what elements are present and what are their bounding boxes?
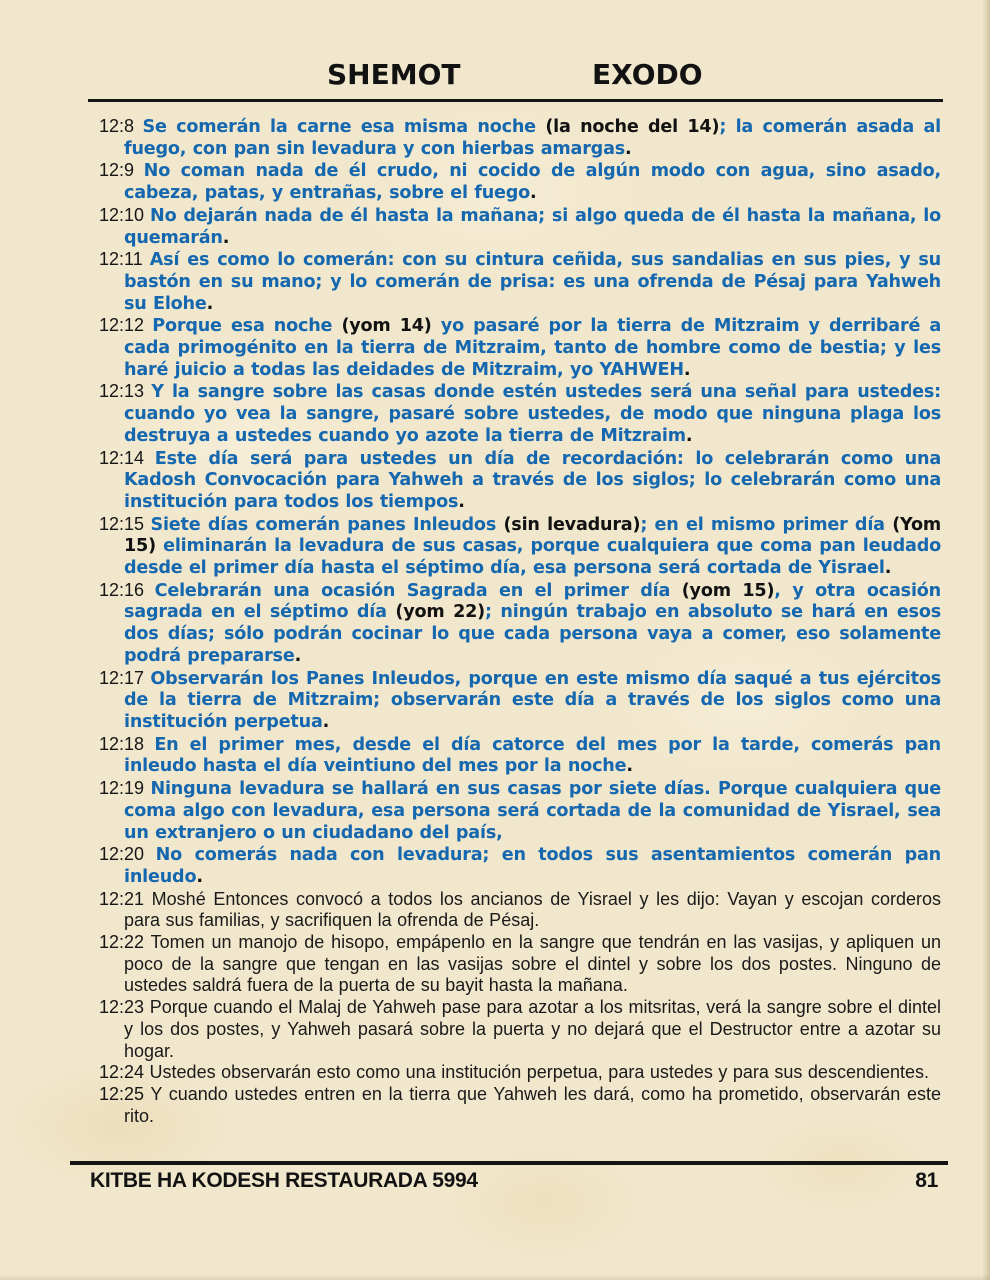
verse-number: 12:16	[99, 580, 155, 600]
verse-segment: .	[458, 492, 464, 512]
verse-segment: .	[626, 756, 632, 776]
verse-segment: Tomen un manojo de hisopo, empápenlo en …	[124, 932, 941, 995]
verse-segment: ; en el mismo primer día	[640, 515, 892, 535]
verse-paragraph: 12:16 Celebrarán una ocasión Sagrada en …	[99, 580, 941, 668]
verse-segment: (yom 14)	[341, 316, 431, 336]
footer-rule	[70, 1161, 948, 1165]
verse-number: 12:11	[99, 249, 150, 269]
verse-segment: .	[323, 712, 329, 732]
verse-number: 12:20	[99, 844, 156, 864]
verse-segment: eliminarán la levadura de sus casas, por…	[124, 536, 941, 578]
verse-paragraph: 12:10 No dejarán nada de él hasta la mañ…	[99, 205, 941, 249]
verse-segment: Celebrarán una ocasión Sagrada en el pri…	[155, 581, 682, 601]
verse-number: 12:22	[99, 932, 151, 952]
verse-number: 12:8	[99, 116, 143, 136]
verse-segment: En el primer mes, desde el día catorce d…	[124, 735, 941, 777]
footer-book-title: KITBE HA KODESH RESTAURADA 5994	[90, 1169, 478, 1193]
verse-segment: .	[196, 867, 202, 887]
verse-segment: .	[684, 360, 690, 380]
verse-paragraph: 12:12 Porque esa noche (yom 14) yo pasar…	[99, 315, 941, 381]
verse-segment: Observarán los Panes Inleudos, porque en…	[124, 669, 941, 732]
verse-list: 12:8 Se comerán la carne esa misma noche…	[99, 116, 941, 1127]
verse-paragraph: 12:11 Así es como lo comerán: con su cin…	[99, 249, 941, 315]
verse-segment: .	[207, 294, 213, 314]
verse-number: 12:9	[99, 160, 144, 180]
scanned-book-page: { "page": { "header": { "left_title": "S…	[0, 0, 990, 1280]
verse-paragraph: 12:13 Y la sangre sobre las casas donde …	[99, 381, 941, 447]
verse-number: 12:24	[99, 1062, 150, 1082]
verse-segment: No dejarán nada de él hasta la mañana; s…	[124, 206, 941, 248]
page-edge-shadow-bottom	[0, 1274, 990, 1280]
verse-segment: .	[530, 183, 536, 203]
verse-number: 12:10	[99, 205, 150, 225]
verse-segment: Siete días comerán panes Inleudos	[151, 515, 504, 535]
verse-paragraph: 12:9 No coman nada de él crudo, ni cocid…	[99, 160, 941, 204]
page-title-spanish: EXODO	[592, 58, 703, 91]
verse-paragraph: 12:25 Y cuando ustedes entren en la tier…	[99, 1084, 941, 1127]
verse-segment: (yom 15)	[682, 581, 775, 601]
verse-segment: .	[885, 558, 891, 578]
verse-number: 12:19	[99, 778, 150, 798]
verse-segment: .	[625, 139, 631, 159]
verse-segment: Así es como lo comerán: con su cintura c…	[124, 250, 941, 313]
verse-segment: (yom 22)	[395, 602, 485, 622]
verse-number: 12:23	[99, 997, 150, 1017]
verse-number: 12:14	[99, 448, 155, 468]
verse-number: 12:15	[99, 514, 151, 534]
verse-paragraph: 12:22 Tomen un manojo de hisopo, empápen…	[99, 932, 941, 997]
verse-paragraph: 12:19 Ninguna levadura se hallará en sus…	[99, 778, 941, 844]
verse-segment: Ustedes observarán esto como una institu…	[150, 1062, 929, 1082]
verse-segment: (la noche del 14)	[545, 117, 719, 137]
verse-segment: Y cuando ustedes entren en la tierra que…	[124, 1084, 941, 1126]
verse-paragraph: 12:18 En el primer mes, desde el día cat…	[99, 734, 941, 778]
verse-segment: Y la sangre sobre las casas donde estén …	[124, 382, 941, 445]
page-edge-shadow-right	[982, 0, 990, 1280]
verse-paragraph: 12:8 Se comerán la carne esa misma noche…	[99, 116, 941, 160]
verse-segment: Se comerán la carne esa misma noche	[143, 117, 546, 137]
verse-paragraph: 12:15 Siete días comerán panes Inleudos …	[99, 514, 941, 580]
verse-segment: Porque esa noche	[152, 316, 341, 336]
verse-paragraph: 12:20 No comerás nada con levadura; en t…	[99, 844, 941, 888]
verse-paragraph: 12:21 Moshé Entonces convocó a todos los…	[99, 889, 941, 932]
verse-paragraph: 12:17 Observarán los Panes Inleudos, por…	[99, 668, 941, 734]
verse-segment: Este día será para ustedes un día de rec…	[124, 449, 941, 512]
verse-segment: Moshé Entonces convocó a todos los ancia…	[124, 889, 941, 931]
verse-number: 12:13	[99, 381, 151, 401]
verse-number: 12:17	[99, 668, 150, 688]
verse-segment: Porque cuando el Malaj de Yahweh pase pa…	[124, 997, 941, 1060]
verse-segment: .	[223, 228, 229, 248]
verse-segment: .	[295, 646, 301, 666]
verse-number: 12:25	[99, 1084, 150, 1104]
page-number: 81	[915, 1169, 938, 1193]
verse-segment: .	[686, 426, 692, 446]
verse-segment: (sin levadura)	[503, 515, 640, 535]
verse-number: 12:21	[99, 889, 152, 909]
header-rule	[88, 99, 943, 102]
verse-paragraph: 12:23 Porque cuando el Malaj de Yahweh p…	[99, 997, 941, 1062]
verse-number: 12:12	[99, 315, 152, 335]
verse-segment: No comerás nada con levadura; en todos s…	[124, 845, 941, 887]
page-title-hebrew: SHEMOT	[327, 58, 461, 91]
verse-paragraph: 12:14 Este día será para ustedes un día …	[99, 448, 941, 514]
footer: KITBE HA KODESH RESTAURADA 5994 81	[90, 1169, 938, 1193]
verse-number: 12:18	[99, 734, 154, 754]
verse-paragraph: 12:24 Ustedes observarán esto como una i…	[99, 1062, 941, 1084]
verse-segment: Ninguna levadura se hallará en sus casas…	[124, 779, 941, 842]
